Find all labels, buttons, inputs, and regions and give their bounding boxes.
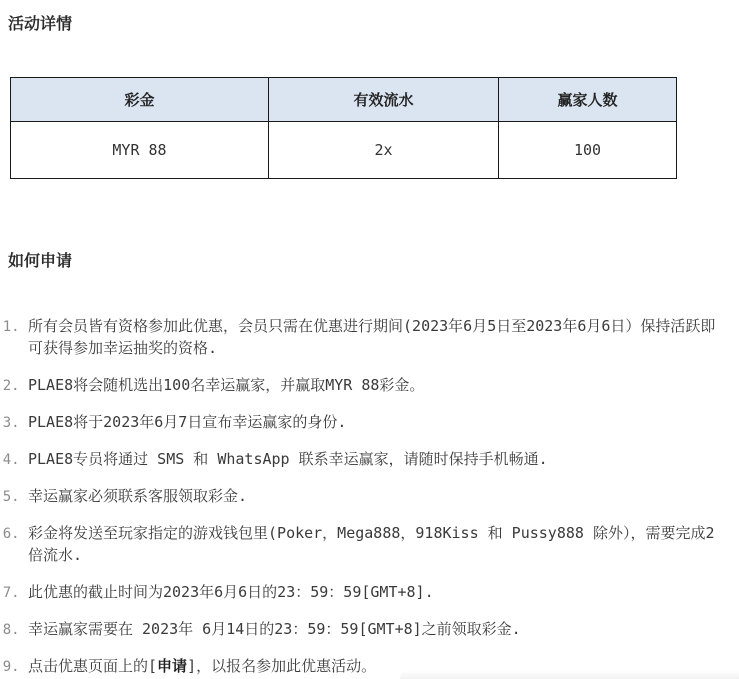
list-item-6: 彩金将发送至玩家指定的游戏钱包里(Poker，Mega888，918Kiss 和…	[28, 522, 729, 566]
how-to-apply-list: 所有会员皆有资格参加此优惠，会员只需在优惠进行期间(2023年6月5日至2023…	[0, 315, 739, 677]
list-item-9-suffix: ]，以报名参加此优惠活动。	[187, 657, 376, 675]
section-title-activity-details: 活动详情	[8, 14, 739, 33]
list-item-2-text: PLAE8将会随机选出100名幸运赢家，并赢取MYR 88彩金。	[28, 376, 424, 394]
list-item-2: PLAE8将会随机选出100名幸运赢家，并赢取MYR 88彩金。	[28, 374, 729, 396]
list-item-6-text: 彩金将发送至玩家指定的游戏钱包里(Poker，Mega888，918Kiss 和…	[28, 524, 715, 564]
winners-column-header: 赢家人数	[499, 78, 677, 122]
apply-label: 申请	[157, 657, 187, 675]
turnover-value: 2x	[269, 122, 499, 179]
list-item-4: PLAE8专员将通过 SMS 和 WhatsApp 联系幸运赢家，请随时保持手机…	[28, 448, 729, 470]
list-item-9: 点击优惠页面上的[申请]，以报名参加此优惠活动。	[28, 655, 729, 677]
list-item-8: 幸运赢家需要在 2023年 6月14日的23：59：59[GMT+8]之前领取彩…	[28, 618, 729, 640]
section-title-how-to-apply: 如何申请	[8, 251, 739, 270]
list-item-5: 幸运赢家必须联系客服领取彩金.	[28, 485, 729, 507]
list-item-7: 此优惠的截止时间为2023年6月6日的23：59：59[GMT+8].	[28, 581, 729, 603]
list-item-7-text: 此优惠的截止时间为2023年6月6日的23：59：59[GMT+8].	[28, 583, 434, 601]
list-item-5-text: 幸运赢家必须联系客服领取彩金.	[28, 487, 247, 505]
prize-table-data-row: MYR 88 2x 100	[11, 122, 677, 179]
list-item-9-prefix: 点击优惠页面上的[	[28, 657, 157, 675]
winners-value: 100	[499, 122, 677, 179]
list-item-1: 所有会员皆有资格参加此优惠，会员只需在优惠进行期间(2023年6月5日至2023…	[28, 315, 729, 359]
prize-column-header: 彩金	[11, 78, 269, 122]
list-item-3-text: PLAE8将于2023年6月7日宣布幸运赢家的身份.	[28, 413, 346, 431]
list-item-4-text: PLAE8专员将通过 SMS 和 WhatsApp 联系幸运赢家，请随时保持手机…	[28, 450, 548, 468]
list-item-3: PLAE8将于2023年6月7日宣布幸运赢家的身份.	[28, 411, 729, 433]
prize-table: 彩金 有效流水 赢家人数 MYR 88 2x 100	[10, 77, 677, 179]
prize-table-header-row: 彩金 有效流水 赢家人数	[11, 78, 677, 122]
list-item-8-text: 幸运赢家需要在 2023年 6月14日的23：59：59[GMT+8]之前领取彩…	[28, 620, 521, 638]
turnover-column-header: 有效流水	[269, 78, 499, 122]
promo-details-page: 活动详情 彩金 有效流水 赢家人数 MYR 88 2x 100 如何申请 所有会…	[0, 0, 739, 679]
list-item-1-text: 所有会员皆有资格参加此优惠，会员只需在优惠进行期间(2023年6月5日至2023…	[28, 317, 715, 357]
prize-value: MYR 88	[11, 122, 269, 179]
